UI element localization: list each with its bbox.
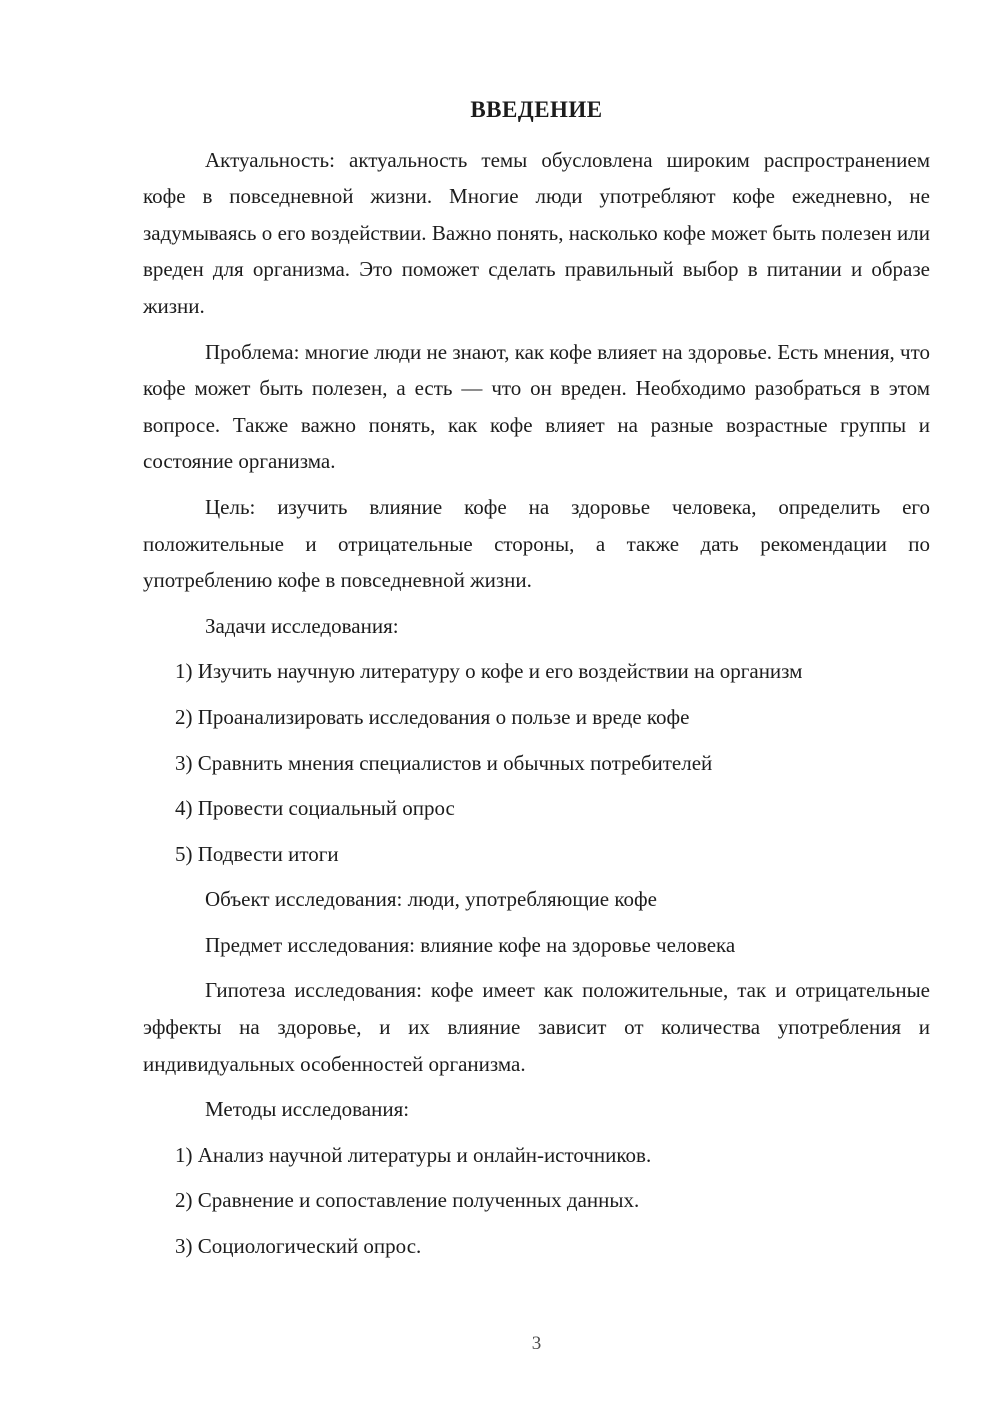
paragraph-predmet: Предмет исследования: влияние кофе на зд…	[143, 927, 930, 964]
method-list: 1) Анализ научной литературы и онлайн-ис…	[143, 1137, 930, 1265]
task-item-2: 2) Проанализировать исследования о польз…	[143, 699, 930, 736]
task-item-4: 4) Провести социальный опрос	[143, 790, 930, 827]
heading-zadachi: Задачи исследования:	[143, 608, 930, 645]
task-item-1: 1) Изучить научную литературу о кофе и е…	[143, 653, 930, 690]
paragraph-tsel: Цель: изучить влияние кофе на здоровье ч…	[143, 489, 930, 599]
paragraph-aktualnost: Актуальность: актуальность темы обусловл…	[143, 142, 930, 325]
paragraph-problema: Проблема: многие люди не знают, как кофе…	[143, 334, 930, 480]
document-content: ВВЕДЕНИЕ Актуальность: актуальность темы…	[143, 92, 930, 1274]
task-list: 1) Изучить научную литературу о кофе и е…	[143, 653, 930, 872]
method-item-1: 1) Анализ научной литературы и онлайн-ис…	[143, 1137, 930, 1174]
page-title: ВВЕДЕНИЕ	[143, 92, 930, 129]
heading-metody: Методы исследования:	[143, 1091, 930, 1128]
paragraph-gipoteza: Гипотеза исследования: кофе имеет как по…	[143, 972, 930, 1082]
method-item-3: 3) Социологический опрос.	[143, 1228, 930, 1265]
paragraph-obekt: Объект исследования: люди, употребляющие…	[143, 881, 930, 918]
page-number: 3	[143, 1326, 930, 1363]
task-item-5: 5) Подвести итоги	[143, 836, 930, 873]
document-page: ВВЕДЕНИЕ Актуальность: актуальность темы…	[0, 0, 1000, 1414]
method-item-2: 2) Сравнение и сопоставление полученных …	[143, 1182, 930, 1219]
task-item-3: 3) Сравнить мнения специалистов и обычны…	[143, 745, 930, 782]
